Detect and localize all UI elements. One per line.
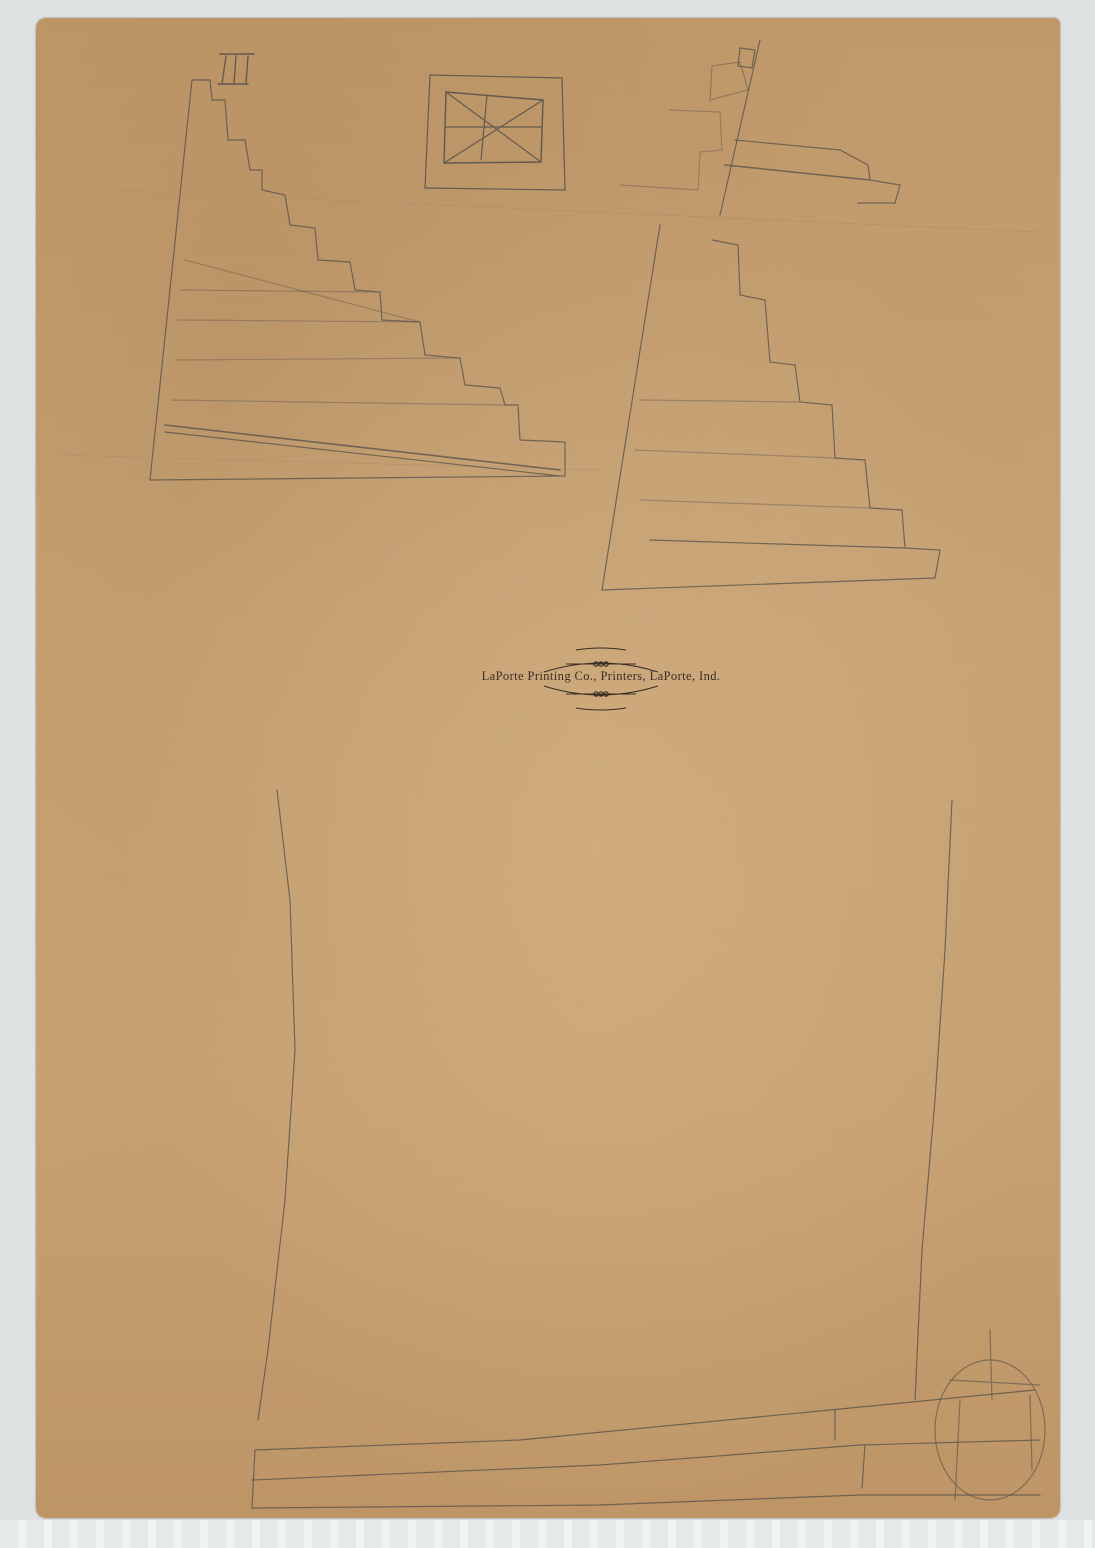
paper-sheet bbox=[36, 18, 1060, 1518]
printer-imprint: LaPorte Printing Co., Printers, LaPorte,… bbox=[446, 642, 756, 712]
imprint-text: LaPorte Printing Co., Printers, LaPorte,… bbox=[446, 669, 756, 684]
scanner-edge bbox=[0, 1520, 1095, 1548]
